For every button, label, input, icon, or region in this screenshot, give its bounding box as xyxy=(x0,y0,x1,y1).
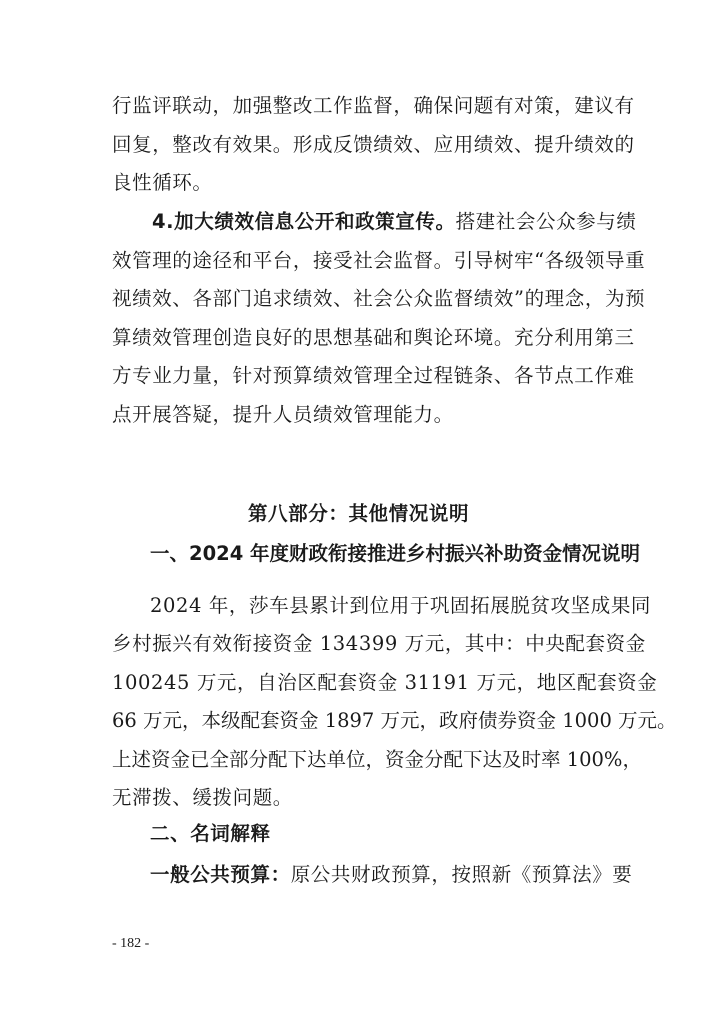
subsection-heading: 4.加大绩效信息公开和政策宣传。 xyxy=(152,210,456,233)
paragraph-heading-line: 4.加大绩效信息公开和政策宣传。搭建社会公众参与绩 xyxy=(152,210,605,234)
paragraph-line: 行监评联动，加强整改工作监督，确保问题有对策，建议有 xyxy=(112,94,605,118)
paragraph-line: 2024 年，莎车县累计到位用于巩固拓展脱贫攻坚成果同 xyxy=(150,594,605,618)
paragraph-line: 算绩效管理创造良好的思想基础和舆论环境。充分利用第三 xyxy=(112,326,605,350)
page-number: - 182 - xyxy=(112,936,149,952)
paragraph-line: 效管理的途径和平台，接受社会监督。引导树牢“各级领导重 xyxy=(112,249,605,273)
term-label: 一般公共预算： xyxy=(150,863,291,886)
term-text: 原公共财政预算，按照新《预算法》要 xyxy=(291,863,633,886)
paragraph-line: 100245 万元，自治区配套资金 31191 万元，地区配套资金 xyxy=(112,671,605,695)
paragraph-line: 回复，整改有效果。形成反馈绩效、应用绩效、提升绩效的 xyxy=(112,133,605,157)
paragraph-line: 良性循环。 xyxy=(112,171,605,195)
document-page: 行监评联动，加强整改工作监督，确保问题有对策，建议有 回复，整改有效果。形成反馈… xyxy=(0,0,714,1010)
paragraph-text: 搭建社会公众参与绩 xyxy=(456,210,637,233)
paragraph-line: 乡村振兴有效衔接资金 134399 万元，其中：中央配套资金 xyxy=(112,632,605,656)
paragraph-line: 视绩效、各部门追求绩效、社会公众监督绩效”的理念，为预 xyxy=(112,287,605,311)
paragraph-line: 方专业力量，针对预算绩效管理全过程链条、各节点工作难 xyxy=(112,364,605,388)
section-title: 一、2024 年度财政衔接推进乡村振兴补助资金情况说明 xyxy=(150,542,605,566)
paragraph-line: 66 万元，本级配套资金 1897 万元，政府债券资金 1000 万元。 xyxy=(112,709,605,733)
paragraph-line: 上述资金已全部分配下达单位，资金分配下达及时率 100%， xyxy=(112,748,605,772)
term-definition-line: 一般公共预算：原公共财政预算，按照新《预算法》要 xyxy=(150,863,605,887)
section-title: 二、名词解释 xyxy=(150,822,605,846)
paragraph-line: 无滞拨、缓拨问题。 xyxy=(112,786,605,810)
part-title: 第八部分：其他情况说明 xyxy=(112,502,605,526)
paragraph-line: 点开展答疑，提升人员绩效管理能力。 xyxy=(112,403,605,427)
